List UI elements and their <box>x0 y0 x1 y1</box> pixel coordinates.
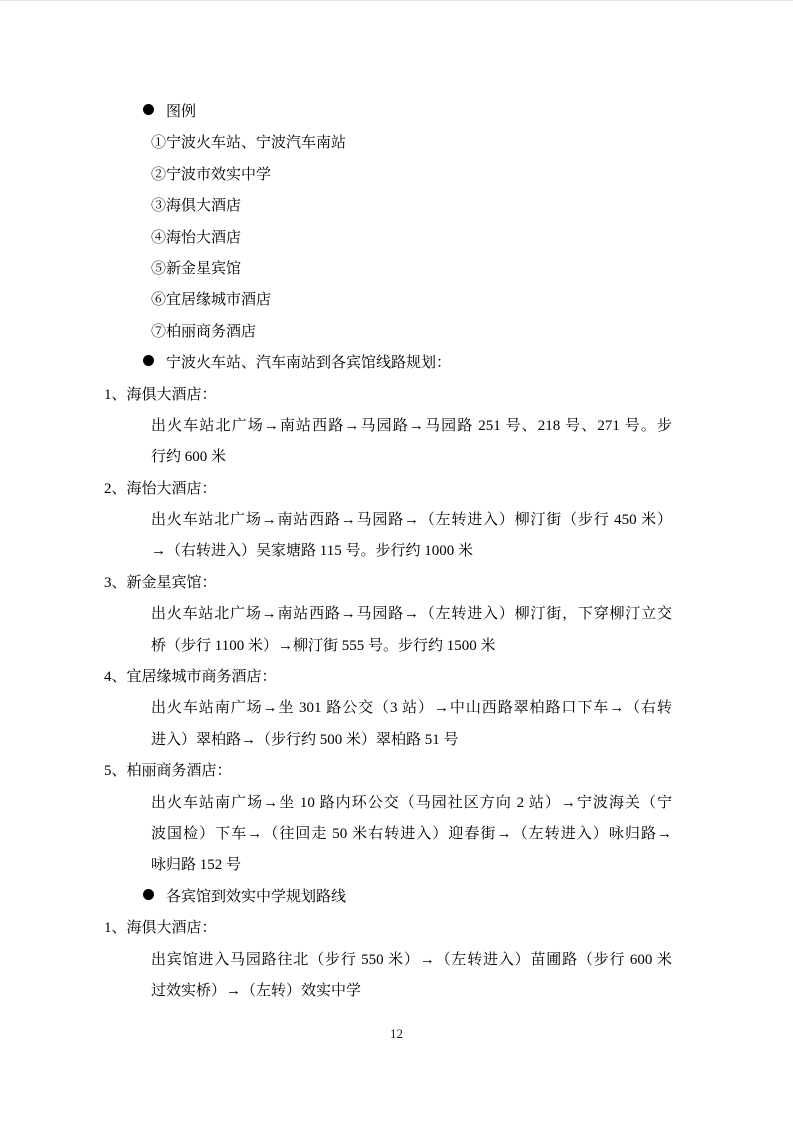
route-line: 出火车站南广场→坐 10 路内环公交（马园社区方向 2 站）→宁波海关（宁 <box>96 788 672 819</box>
legend-item: ⑥宜居缘城市酒店 <box>96 285 672 316</box>
bullet-icon <box>143 355 154 366</box>
bullet-label: 宁波火车站、汽车南站到各宾馆线路规划： <box>166 355 451 371</box>
route-line: 行约 600 米 <box>96 442 672 473</box>
route-title: 4、宜居缘城市商务酒店： <box>96 662 672 693</box>
bullet-label: 各宾馆到效实中学规划路线 <box>166 889 346 905</box>
legend-item: ⑦柏丽商务酒店 <box>96 317 672 348</box>
legend-item: ④海怡大酒店 <box>96 223 672 254</box>
route-title: 5、柏丽商务酒店： <box>96 756 672 787</box>
legend-item: ③海俱大酒店 <box>96 191 672 222</box>
route-title: 2、海怡大酒店： <box>96 474 672 505</box>
route-line: →（右转进入）吴家塘路 115 号。步行约 1000 米 <box>96 536 672 567</box>
route-line: 出火车站北广场→南站西路→马园路→马园路 251 号、218 号、271 号。步 <box>96 411 672 442</box>
bullet-item-legend: 图例 <box>96 97 672 128</box>
route-title: 1、海俱大酒店： <box>96 380 672 411</box>
legend-item: ①宁波火车站、宁波汽车南站 <box>96 128 672 159</box>
route-line: 出宾馆进入马园路往北（步行 550 米）→（左转进入）苗圃路（步行 600 米 <box>96 945 672 976</box>
bullet-item-routes-to-hotels: 宁波火车站、汽车南站到各宾馆线路规划： <box>96 348 672 379</box>
route-line: 波国检）下车→（往回走 50 米右转进入）迎春街→（左转进入）咏归路→ <box>96 819 672 850</box>
bullet-label: 图例 <box>166 104 196 120</box>
page-number: 12 <box>0 1023 793 1045</box>
bullet-item-routes-to-school: 各宾馆到效实中学规划路线 <box>96 882 672 913</box>
route-line: 出火车站北广场→南站西路→马园路→（左转进入）柳汀街（步行 450 米） <box>96 505 672 536</box>
route-title: 1、海俱大酒店： <box>96 913 672 944</box>
bullet-icon <box>143 889 154 900</box>
route-line: 出火车站南广场→坐 301 路公交（3 站）→中山西路翠柏路口下车→（右转 <box>96 693 672 724</box>
route-line: 过效实桥）→（左转）效实中学 <box>96 976 672 1007</box>
document-page: 图例 ①宁波火车站、宁波汽车南站 ②宁波市效实中学 ③海俱大酒店 ④海怡大酒店 … <box>0 0 793 1122</box>
route-line: 桥（步行 1100 米）→柳汀街 555 号。步行约 1500 米 <box>96 631 672 662</box>
route-line: 咏归路 152 号 <box>96 850 672 881</box>
bullet-icon <box>143 104 154 115</box>
route-line: 进入）翠柏路→（步行约 500 米）翠柏路 51 号 <box>96 725 672 756</box>
route-title: 3、新金星宾馆： <box>96 568 672 599</box>
route-line: 出火车站北广场→南站西路→马园路→（左转进入）柳汀街，下穿柳汀立交 <box>96 599 672 630</box>
legend-item: ②宁波市效实中学 <box>96 160 672 191</box>
legend-item: ⑤新金星宾馆 <box>96 254 672 285</box>
document-body: 图例 ①宁波火车站、宁波汽车南站 ②宁波市效实中学 ③海俱大酒店 ④海怡大酒店 … <box>96 97 672 1007</box>
